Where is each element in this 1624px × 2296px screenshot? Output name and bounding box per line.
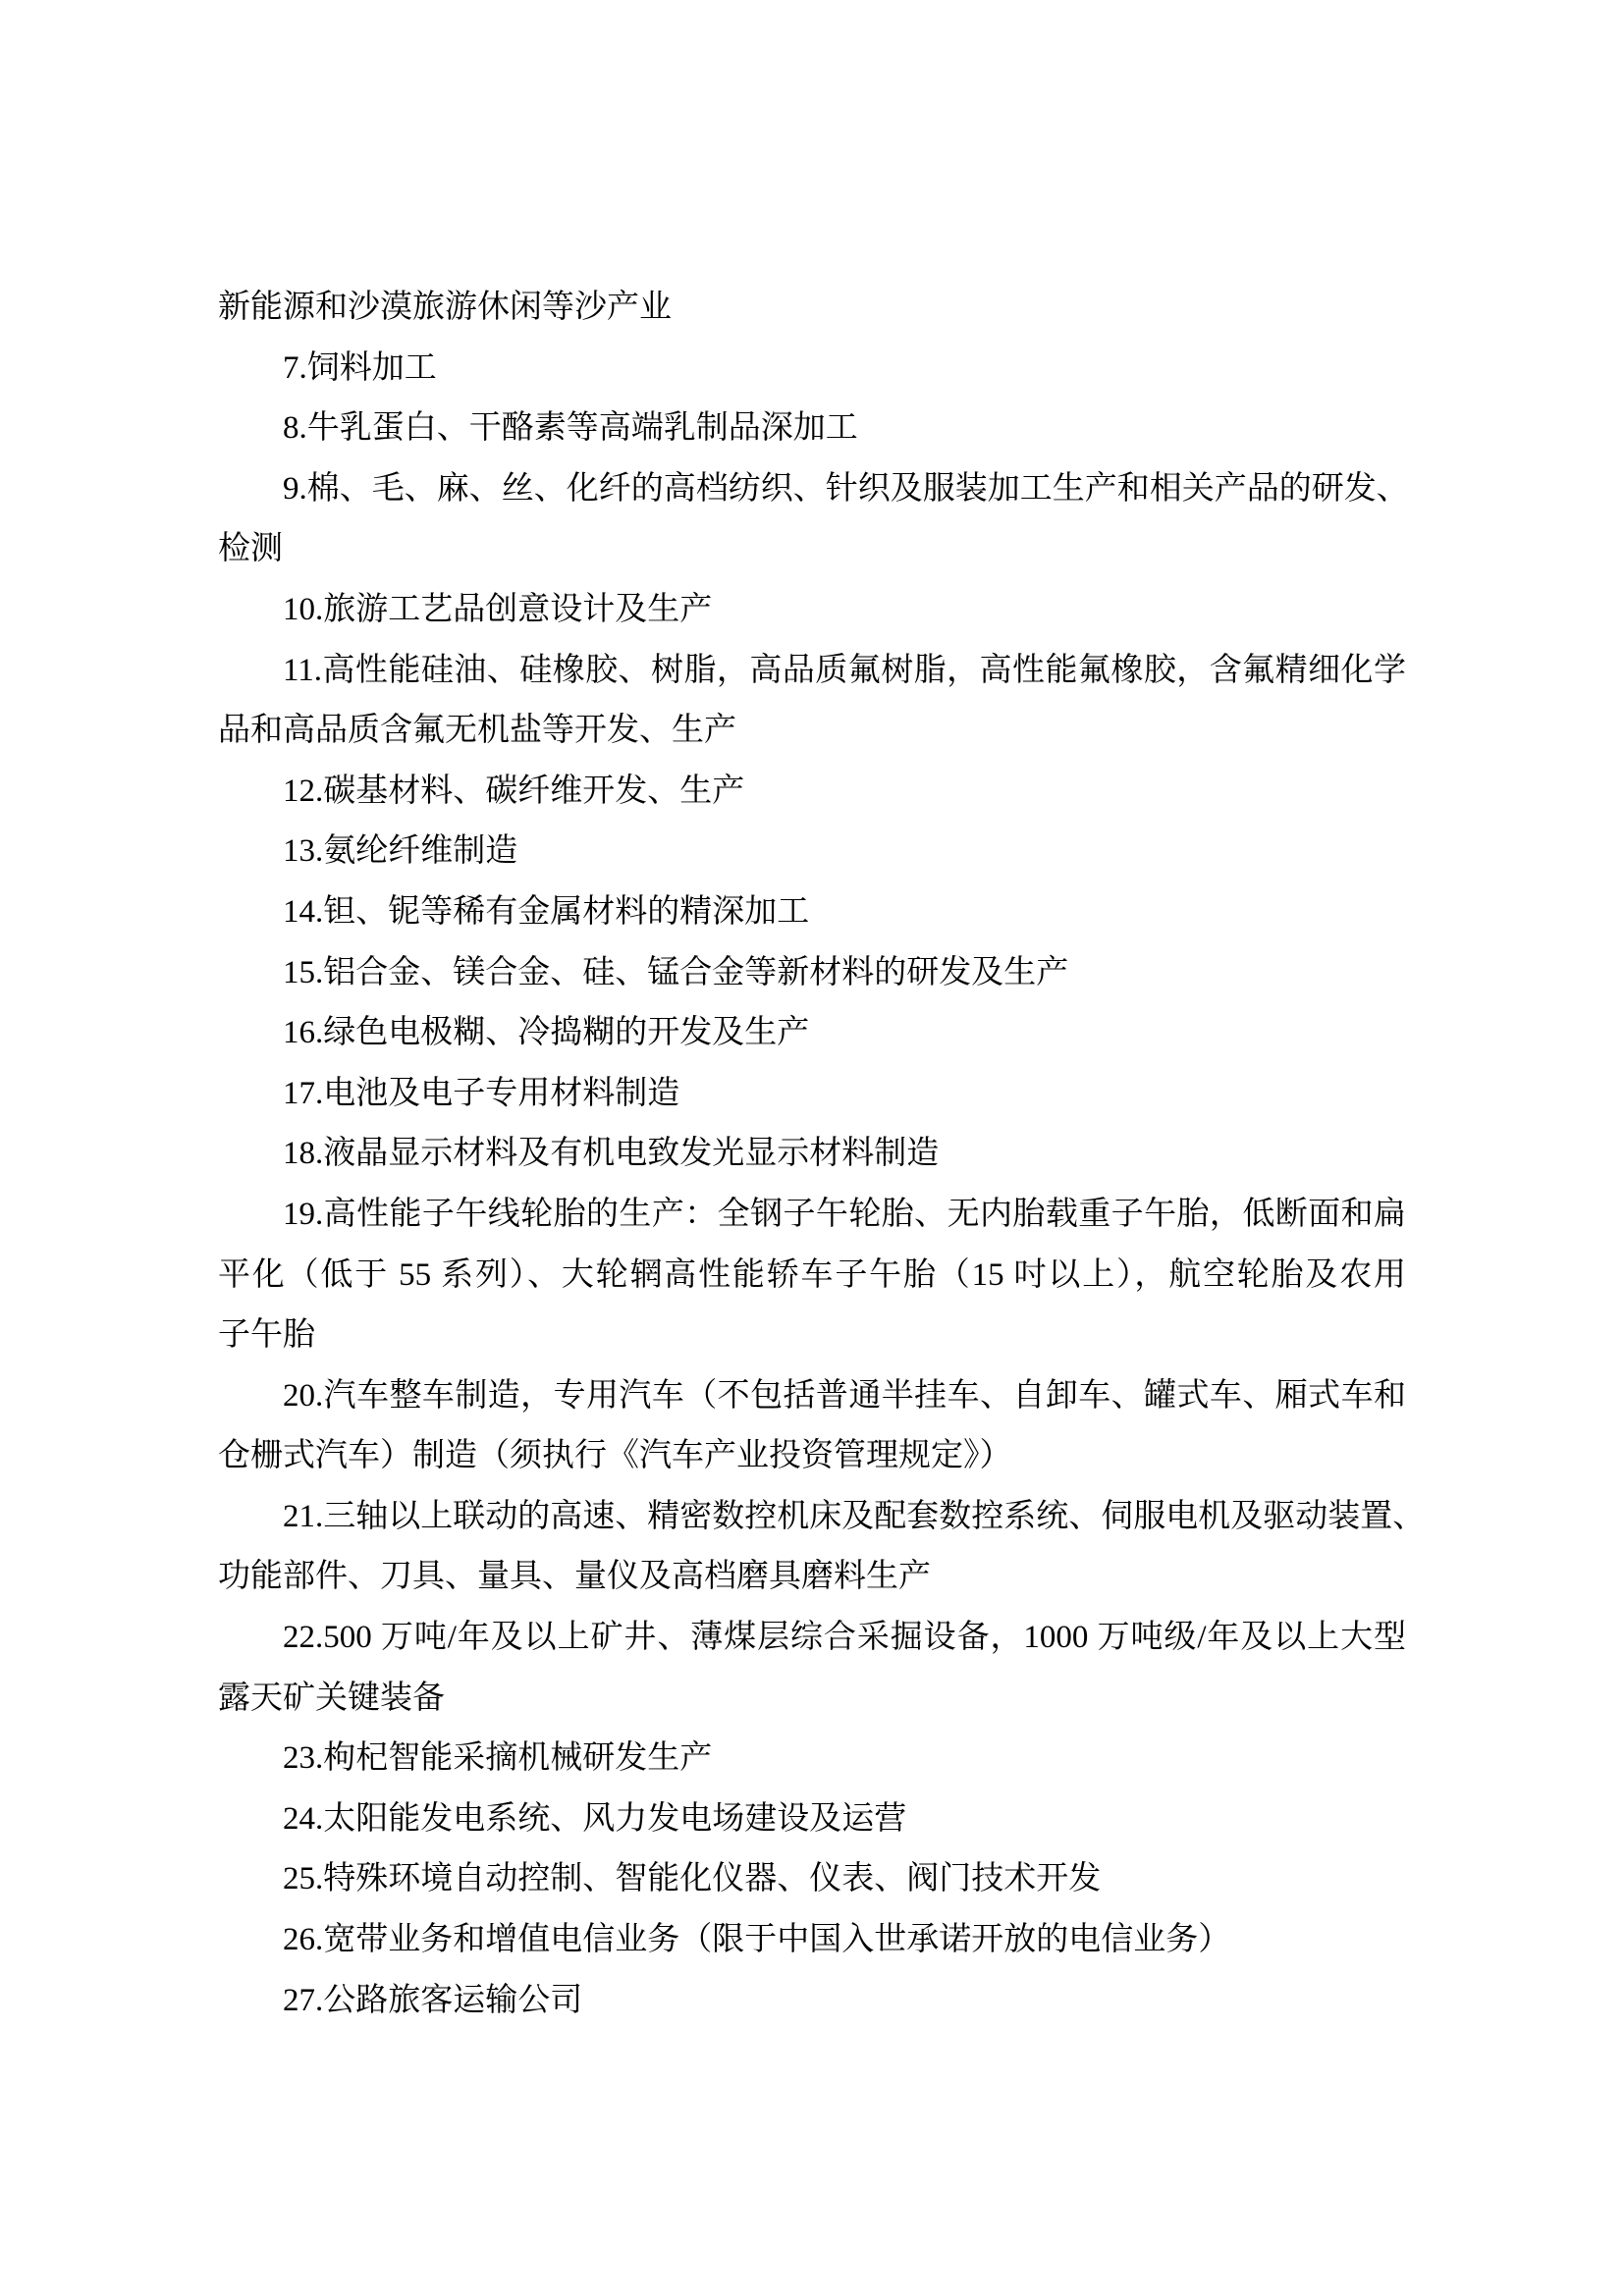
list-item-9: 9.棉、毛、麻、丝、化纤的高档纺织、针织及服装加工生产和相关产品的研发、 bbox=[218, 459, 1406, 520]
list-item-19: 19.高性能子午线轮胎的生产：全钢子午轮胎、无内胎载重子午胎，低断面和扁 bbox=[218, 1185, 1406, 1246]
list-item-12: 12.碳基材料、碳纤维开发、生产 bbox=[218, 762, 1406, 823]
continuation-line-tools: 功能部件、刀具、量具、量仪及高档磨具磨料生产 bbox=[218, 1547, 1406, 1608]
list-item-20: 20.汽车整车制造，专用汽车（不包括普通半挂车、自卸车、罐式车、厢式车和 bbox=[218, 1366, 1406, 1427]
continuation-line-tire-size: 平化（低于 55 系列）、大轮辋高性能轿车子午胎（15 吋以上），航空轮胎及农用 bbox=[218, 1246, 1406, 1307]
list-item-27: 27.公路旅客运输公司 bbox=[218, 1971, 1406, 2032]
list-item-21: 21.三轴以上联动的高速、精密数控机床及配套数控系统、伺服电机及驱动装置、 bbox=[218, 1487, 1406, 1548]
continuation-line-fluoride: 品和高品质含氟无机盐等开发、生产 bbox=[218, 701, 1406, 762]
list-item-13: 13.氨纶纤维制造 bbox=[218, 822, 1406, 882]
list-item-17: 17.电池及电子专用材料制造 bbox=[218, 1064, 1406, 1125]
list-item-11: 11.高性能硅油、硅橡胶、树脂，高品质氟树脂，高性能氟橡胶，含氟精细化学 bbox=[218, 641, 1406, 702]
list-item-25: 25.特殊环境自动控制、智能化仪器、仪表、阀门技术开发 bbox=[218, 1849, 1406, 1910]
list-item-7: 7.饲料加工 bbox=[218, 339, 1406, 400]
continuation-line-jiance: 检测 bbox=[218, 519, 1406, 580]
list-item-10: 10.旅游工艺品创意设计及生产 bbox=[218, 580, 1406, 641]
list-item-15: 15.铝合金、镁合金、硅、锰合金等新材料的研发及生产 bbox=[218, 943, 1406, 1004]
list-item-14: 14.钽、铌等稀有金属材料的精深加工 bbox=[218, 882, 1406, 943]
continuation-line-sand-industry: 新能源和沙漠旅游休闲等沙产业 bbox=[218, 278, 1406, 339]
continuation-line-openpit: 露天矿关键装备 bbox=[218, 1669, 1406, 1730]
list-item-8: 8.牛乳蛋白、干酪素等高端乳制品深加工 bbox=[218, 399, 1406, 459]
list-item-16: 16.绿色电极糊、冷捣糊的开发及生产 bbox=[218, 1003, 1406, 1064]
list-item-24: 24.太阳能发电系统、风力发电场建设及运营 bbox=[218, 1789, 1406, 1850]
document-body: 新能源和沙漠旅游休闲等沙产业 7.饲料加工 8.牛乳蛋白、干酪素等高端乳制品深加… bbox=[218, 278, 1406, 2031]
continuation-line-vehicle-rule: 仓栅式汽车）制造（须执行《汽车产业投资管理规定》） bbox=[218, 1426, 1406, 1487]
list-item-26: 26.宽带业务和增值电信业务（限于中国入世承诺开放的电信业务） bbox=[218, 1910, 1406, 1971]
list-item-23: 23.枸杞智能采摘机械研发生产 bbox=[218, 1729, 1406, 1789]
list-item-18: 18.液晶显示材料及有机电致发光显示材料制造 bbox=[218, 1124, 1406, 1185]
document-page: 新能源和沙漠旅游休闲等沙产业 7.饲料加工 8.牛乳蛋白、干酪素等高端乳制品深加… bbox=[0, 0, 1624, 2296]
list-item-22: 22.500 万吨/年及以上矿井、薄煤层综合采掘设备，1000 万吨级/年及以上… bbox=[218, 1608, 1406, 1669]
continuation-line-ziwutai: 子午胎 bbox=[218, 1306, 1406, 1366]
